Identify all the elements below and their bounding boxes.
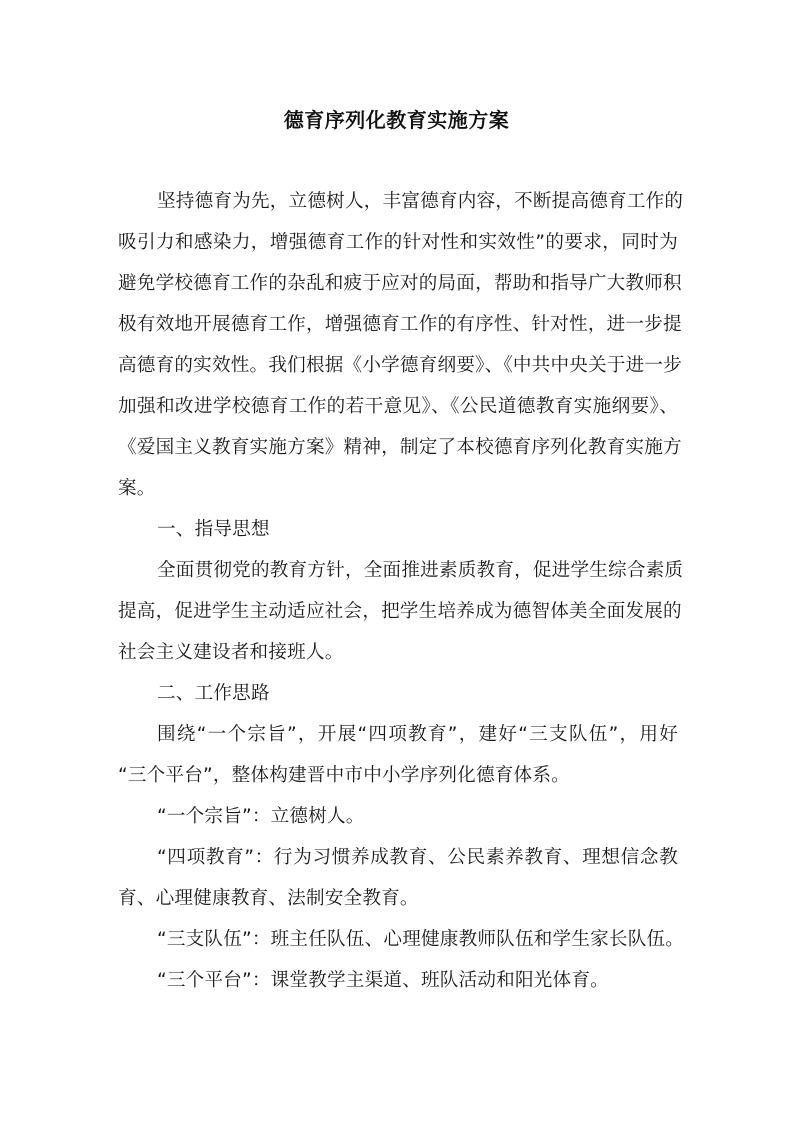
- paragraph-line: 案。: [118, 477, 678, 501]
- paragraph-line: 提高，促进学生主动适应社会，把学生培养成为德智体美全面发展的: [118, 600, 678, 624]
- paragraph-line: 围绕“一个宗旨”，开展“四项教育”，建好“三支队伍”，用好: [157, 723, 678, 747]
- section-heading-guiding-ideology: 一、指导思想: [157, 518, 678, 542]
- item-three-teams: “三支队伍”：班主任队伍、心理健康教师队伍和学生家长队伍。: [157, 928, 678, 952]
- item-one-purpose: “一个宗旨”：立德树人。: [157, 805, 678, 829]
- paragraph-line: 吸引力和感染力，增强德育工作的针对性和实效性”的要求，同时为: [118, 231, 678, 255]
- item-four-educations-cont: 育、心理健康教育、法制安全教育。: [118, 887, 678, 911]
- item-four-educations: “四项教育”：行为习惯养成教育、公民素养教育、理想信念教: [157, 846, 678, 870]
- paragraph-line: 全面贯彻党的教育方针，全面推进素质教育，促进学生综合素质: [157, 559, 678, 583]
- item-three-platforms: “三个平台”：课堂教学主渠道、班队活动和阳光体育。: [157, 969, 678, 993]
- document-title: 德育序列化教育实施方案: [0, 104, 793, 133]
- paragraph-line: 《爱国主义教育实施方案》精神，制定了本校德育序列化教育实施方: [118, 436, 678, 460]
- paragraph-line: 极有效地开展德育工作，增强德育工作的有序性、针对性，进一步提: [118, 313, 678, 337]
- paragraph-line: 社会主义建设者和接班人。: [118, 641, 678, 665]
- paragraph-line: “三个平台”，整体构建晋中市中小学序列化德育体系。: [118, 764, 678, 788]
- paragraph-line: 加强和改进学校德育工作的若干意见》、《公民道德教育实施纲要》、: [118, 395, 678, 419]
- paragraph-line: 高德育的实效性。我们根据《小学德育纲要》、《中共中央关于进一步: [118, 354, 678, 378]
- section-heading-work-approach: 二、工作思路: [157, 682, 678, 706]
- document-page: 德育序列化教育实施方案 坚持德育为先，立德树人，丰富德育内容，不断提高德育工作的…: [0, 0, 793, 1122]
- paragraph-line: 避免学校德育工作的杂乱和疲于应对的局面，帮助和指导广大教师积: [118, 272, 678, 296]
- paragraph-line: 坚持德育为先，立德树人，丰富德育内容，不断提高德育工作的: [157, 190, 678, 214]
